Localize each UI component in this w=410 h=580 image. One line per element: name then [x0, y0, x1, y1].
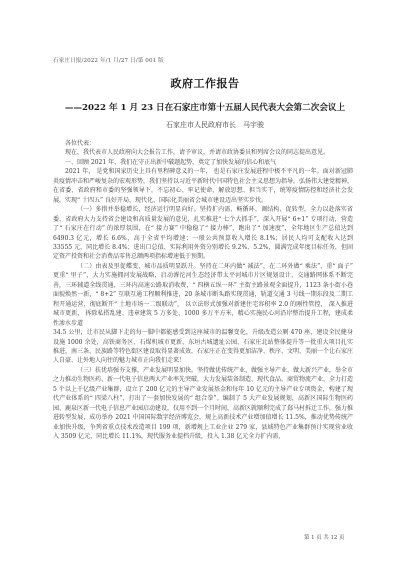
paragraph: 2021 年， 是党和国家历史上具有里程碑意义的一年， 也是石家庄发展进程中极不…	[53, 167, 353, 205]
document-subtitle: ——2022 年 1 月 23 日在石家庄市第十五届人民代表大会第二次会议上	[0, 101, 410, 113]
section-heading: 一、回顾 2021 年，我们在守正出新中破题起势，奠定了加快发展的信心和底气	[53, 158, 353, 167]
paragraph: 34.5 公里，让市民从脚下走的每一脚中都能感受到这座城市的温馨变化，升级改造公…	[53, 328, 353, 366]
paragraph: （三）扶优培强夯支撑，产业发展明显加快。坚持做优传统产业、做强主导产业、做大新兴…	[53, 366, 353, 442]
document-title: 政府工作报告	[0, 75, 410, 91]
source-line: 石家庄日报/2022 年/1 月/27 日/第 001 版	[53, 56, 164, 64]
document-body: 各位代表： 现在，我代表市人民政府向大会报告工作，请予审议，并请市政协委员和列席…	[53, 139, 353, 442]
paragraph-salutation: 各位代表：	[53, 139, 353, 148]
paragraph: （二）由表及里促蝶变，城市品质明显跃升。坚持在二环内做“ 减法”，在二环外做“ …	[53, 262, 353, 328]
document-page: 石家庄日报/2022 年/1 月/27 日/第 001 版 政府工作报告 ——2…	[0, 0, 410, 580]
paragraph: 现在，我代表市人民政府向大会报告工作，请予审议，并请市政协委员和列席会议的同志提…	[53, 148, 353, 157]
document-author: 石家庄市人民政府市长 马宇骏	[0, 120, 410, 130]
page-number: 第 1 页 共 12 页	[304, 533, 344, 541]
paragraph: （一）多措并举稳增长，经济运行明显向好。坚持扩内需、畅循环，调结构、促转型，全力…	[53, 205, 353, 262]
